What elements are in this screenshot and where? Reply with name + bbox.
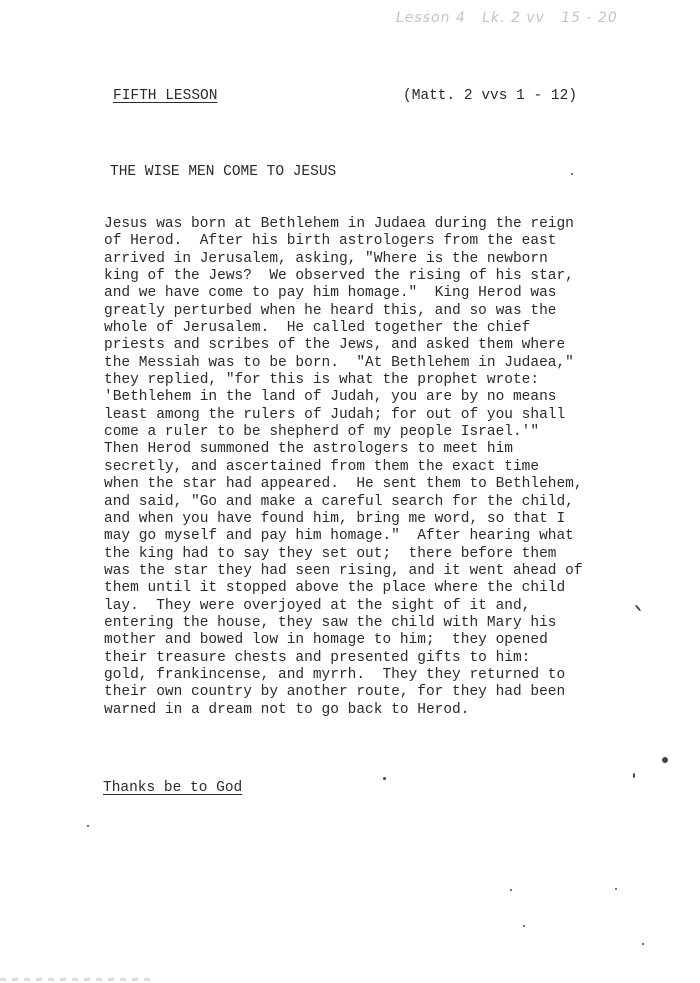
body-line: was the star they had seen rising, and i… <box>104 563 583 580</box>
body-line: secretly, and ascertained from them the … <box>104 459 583 476</box>
story-title: THE WISE MEN COME TO JESUS <box>110 164 336 180</box>
body-line: priests and scribes of the Jews, and ask… <box>104 337 583 354</box>
body-line: of Herod. After his birth astrologers fr… <box>104 233 583 250</box>
scan-speck <box>571 173 573 175</box>
scan-speck <box>383 777 386 780</box>
body-line: come a ruler to be shepherd of my people… <box>104 424 583 441</box>
body-line: the Messiah was to be born. "At Bethlehe… <box>104 355 583 372</box>
body-line: greatly perturbed when he heard this, an… <box>104 303 583 320</box>
handwritten-note: Lesson 4 Lk. 2 vv 15 - 20 <box>396 10 618 26</box>
scan-speck <box>642 943 644 945</box>
body-line: the king had to say they set out; there … <box>104 546 583 563</box>
body-line: gold, frankincense, and myrrh. They they… <box>104 667 583 684</box>
body-line: whole of Jerusalem. He called together t… <box>104 320 583 337</box>
body-line: they replied, "for this is what the prop… <box>104 372 583 389</box>
body-line: them until it stopped above the place wh… <box>104 580 583 597</box>
body-line: mother and bowed low in homage to him; t… <box>104 632 583 649</box>
body-line: their own country by another route, for … <box>104 684 583 701</box>
body-line: may go myself and pay him homage." After… <box>104 528 583 545</box>
body-line: entering the house, they saw the child w… <box>104 615 583 632</box>
body-line: Jesus was born at Bethlehem in Judaea du… <box>104 216 583 233</box>
body-line: arrived in Jerusalem, asking, "Where is … <box>104 251 583 268</box>
scan-speck <box>635 604 642 611</box>
body-line: when the star had appeared. He sent them… <box>104 476 583 493</box>
scan-edge <box>0 978 150 981</box>
body-line: and we have come to pay him homage." Kin… <box>104 285 583 302</box>
body-line: and when you have found him, bring me wo… <box>104 511 583 528</box>
body-text: Jesus was born at Bethlehem in Judaea du… <box>104 216 583 719</box>
scan-speck <box>615 888 617 890</box>
body-line: least among the rulers of Judah; for out… <box>104 407 583 424</box>
body-line: Then Herod summoned the astrologers to m… <box>104 441 583 458</box>
scan-speck <box>523 925 525 927</box>
closing-line: Thanks be to God <box>103 780 242 796</box>
body-line: 'Bethlehem in the land of Judah, you are… <box>104 389 583 406</box>
scripture-reference: (Matt. 2 vvs 1 - 12) <box>403 88 577 104</box>
scan-speck <box>662 757 668 763</box>
body-line: king of the Jews? We observed the rising… <box>104 268 583 285</box>
body-line: lay. They were overjoyed at the sight of… <box>104 598 583 615</box>
lesson-title: FIFTH LESSON <box>113 88 217 104</box>
body-line: warned in a dream not to go back to Hero… <box>104 702 583 719</box>
scan-speck <box>87 825 89 827</box>
body-line: their treasure chests and presented gift… <box>104 650 583 667</box>
body-line: and said, "Go and make a careful search … <box>104 494 583 511</box>
scan-speck <box>510 889 512 891</box>
scan-speck <box>633 773 635 778</box>
